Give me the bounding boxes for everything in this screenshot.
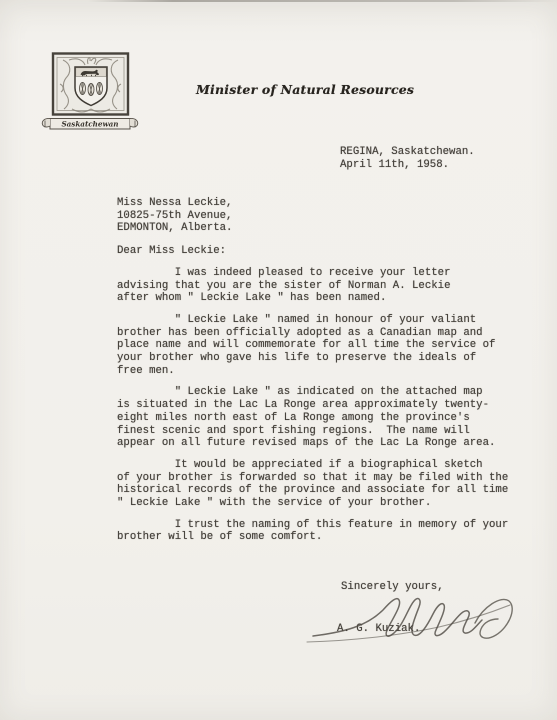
saskatchewan-coat-of-arms-icon: Saskatchewan xyxy=(38,50,156,143)
paragraph: I trust the naming of this feature in me… xyxy=(117,519,508,544)
text-line: I trust the naming of this feature in me… xyxy=(117,519,508,532)
text-line: brother has been officially adopted as a… xyxy=(117,327,508,340)
closing-valediction: Sincerely yours, xyxy=(341,581,444,594)
paragraph: It would be appreciated if a biographica… xyxy=(117,459,508,510)
letter-column: Miss Nessa Leckie,10825-75th Avenue,EDMO… xyxy=(117,197,508,544)
text-line: April 11th, 1958. xyxy=(340,159,475,172)
scanned-letter-page: Saskatchewan Minister of Natural Resourc… xyxy=(0,0,557,720)
letter-body: I was indeed pleased to receive your let… xyxy=(117,267,508,544)
text-line: historical records of the province and a… xyxy=(117,484,508,497)
salutation: Dear Miss Leckie: xyxy=(117,245,508,258)
scan-edge-artifact xyxy=(88,0,557,2)
signature-typed-name: A. G. Kuziak. xyxy=(337,623,420,636)
text-line: your brother who gave his life to preser… xyxy=(117,352,508,365)
recipient-address: Miss Nessa Leckie,10825-75th Avenue,EDMO… xyxy=(117,197,508,235)
letterhead-title: Minister of Natural Resources xyxy=(196,82,414,97)
paragraph: " Leckie Lake " named in honour of your … xyxy=(117,314,508,378)
text-line: finest scenic and sport fishing regions.… xyxy=(117,425,508,438)
text-line: I was indeed pleased to receive your let… xyxy=(117,267,508,280)
text-line: of your brother is forwarded so that it … xyxy=(117,472,508,485)
text-line: free men. xyxy=(117,365,508,378)
text-line: advising that you are the sister of Norm… xyxy=(117,280,508,293)
text-line: 10825-75th Avenue, xyxy=(117,210,508,223)
text-line: REGINA, Saskatchewan. xyxy=(340,146,475,159)
text-line: It would be appreciated if a biographica… xyxy=(117,459,508,472)
text-line: " Leckie Lake " with the service of your… xyxy=(117,497,508,510)
text-line: " Leckie Lake " as indicated on the atta… xyxy=(117,386,508,399)
text-line: after whom " Leckie Lake " has been name… xyxy=(117,292,508,305)
text-line: place name and will commemorate for all … xyxy=(117,339,508,352)
paragraph: I was indeed pleased to receive your let… xyxy=(117,267,508,305)
crest-banner-text: Saskatchewan xyxy=(61,119,118,128)
text-line: eight miles north east of La Ronge among… xyxy=(117,412,508,425)
crest-ribbon: Saskatchewan xyxy=(42,118,137,129)
dateline: REGINA, Saskatchewan.April 11th, 1958. xyxy=(340,146,475,171)
text-line: EDMONTON, Alberta. xyxy=(117,222,508,235)
text-line: " Leckie Lake " named in honour of your … xyxy=(117,314,508,327)
paragraph: " Leckie Lake " as indicated on the atta… xyxy=(117,386,508,450)
text-line: brother will be of some comfort. xyxy=(117,531,508,544)
text-line: appear on all future revised maps of the… xyxy=(117,437,508,450)
wheat-sheaves-icon xyxy=(80,83,103,96)
text-line: is situated in the Lac La Ronge area app… xyxy=(117,399,508,412)
text-line: Miss Nessa Leckie, xyxy=(117,197,508,210)
